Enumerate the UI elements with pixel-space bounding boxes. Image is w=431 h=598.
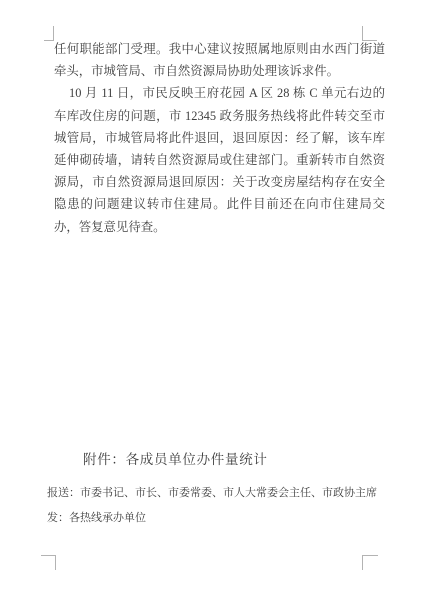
body-line: 延伸砌砖墙，请转自然资源局或住建部门。重新转市自然资 [54, 149, 385, 171]
crop-mark-bottom-right-icon [362, 555, 378, 570]
body-line: 牵头，市城管局、市自然资源局协助处理该诉求件。 [54, 60, 385, 82]
body-line: 城管局，市城管局将此件退回，退回原因：经了解，该车库 [54, 127, 385, 149]
document-page: 任何职能部门受理。我中心建议按照属地原则由水西门街道 牵头，市城管局、市自然资源… [0, 0, 431, 598]
crop-mark-top-left-icon [44, 26, 54, 41]
body-line: 隐患的问题建议转市住建局。此件目前还在向市住建局交 [54, 193, 385, 215]
document-body: 任何职能部门受理。我中心建议按照属地原则由水西门街道 牵头，市城管局、市自然资源… [54, 38, 385, 238]
attachment-note: 附件：各成员单位办件量统计 [54, 450, 394, 470]
distribution-line: 发：各热线承办单位 [47, 506, 422, 531]
report-to-line: 报送：市委书记、市长、市委常委、市人大常委会主任、市政协主席 [47, 481, 422, 506]
body-line: 车库改住房的问题，市 12345 政务服务热线将此件转交至市 [54, 105, 385, 127]
body-line: 10 月 11 日，市民反映王府花园 A 区 28 栋 C 单元右边的 [54, 82, 385, 104]
body-line: 源局，市自然资源局退回原因：关于改变房屋结构存在安全 [54, 171, 385, 193]
crop-mark-bottom-left-icon [41, 555, 56, 570]
document-footer: 报送：市委书记、市长、市委常委、市人大常委会主任、市政协主席 发：各热线承办单位 [47, 481, 422, 531]
body-line: 任何职能部门受理。我中心建议按照属地原则由水西门街道 [54, 38, 385, 60]
body-line: 办，答复意见待查。 [54, 216, 385, 238]
